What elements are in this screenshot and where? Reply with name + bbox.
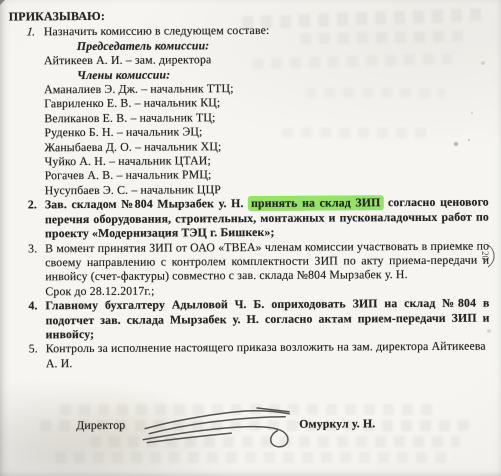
order-item-2: 2. Зав. складом №804 Мырзабек у. Н. прин… (25, 195, 489, 241)
signature-scrawl-icon (139, 401, 299, 452)
signature-block: Директор Омуркул у. Н. (11, 402, 490, 457)
order-item-3: 3. В момент принятия ЗИП от ОАО «ТВЕА» ч… (25, 238, 489, 298)
item-number: 1. (24, 25, 45, 198)
signer-name: Омуркул у. Н. (299, 416, 375, 431)
order-heading: ПРИКАЗЫВАЮ: (9, 7, 488, 24)
scanned-order-document: 20 ПРИКАЗЫВАЮ: 1. Назначить комиссию в с… (0, 0, 501, 476)
item-2-text: Зав. складом №804 Мырзабек у. Н. принять… (45, 195, 489, 241)
item-5-text: Контроль за исполнение настоящего приказ… (46, 339, 490, 371)
item-number: 3. (25, 241, 45, 299)
order-item-4: 4. Главному бухгалтеру Адыловой Ч. Б. оп… (25, 296, 489, 342)
order-body: ПРИКАЗЫВАЮ: 1. Назначить комиссию в след… (0, 0, 501, 457)
item-number: 5. (26, 342, 46, 371)
order-items: 1. Назначить комиссию в следующем состав… (9, 22, 490, 371)
item-number: 2. (25, 198, 45, 241)
item-4-text: Главному бухгалтеру Адыловой Ч. Б. оприх… (45, 296, 489, 342)
highlighted-phrase: принять на склад ЗИП (248, 195, 383, 211)
item-3-text: В момент принятия ЗИП от ОАО «ТВЕА» член… (45, 238, 489, 284)
item-2-text-before: Зав. складом №804 Мырзабек у. Н. (45, 196, 248, 211)
signer-title: Директор (76, 418, 125, 433)
order-item-1: 1. Назначить комиссию в следующем состав… (24, 22, 489, 198)
order-item-5: 5. Контроль за исполнение настоящего при… (26, 339, 490, 371)
item-number: 4. (25, 298, 45, 341)
